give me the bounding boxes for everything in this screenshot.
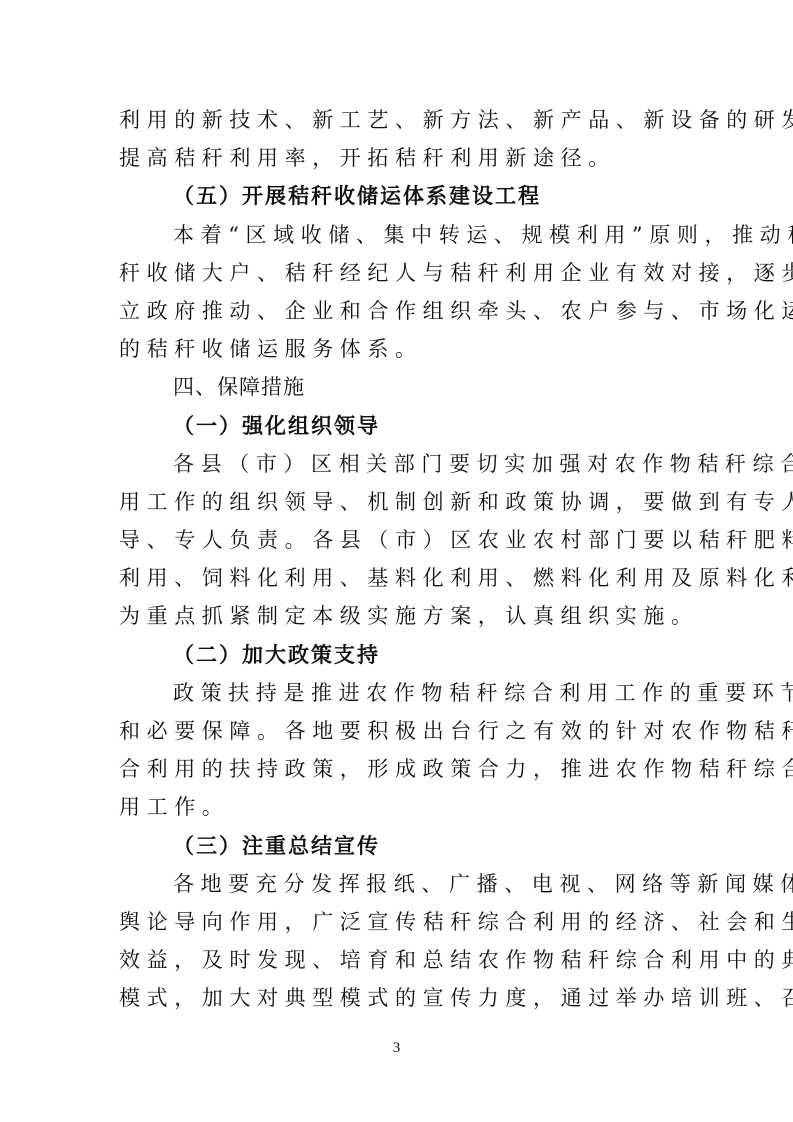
subsection-heading-1: （一）强化组织领导: [119, 407, 675, 445]
section-heading-4: 四、保障措施: [119, 368, 675, 406]
body-line: 政策扶持是推进农作物秸秆综合利用工作的重要环节: [119, 674, 675, 712]
document-body: 利用的新技术、新工艺、新方法、新产品、新设备的研发， 提高秸秆利用率，开拓秸秆利…: [119, 101, 675, 1018]
body-line: 用工作的组织领导、机制创新和政策协调，要做到有专人领: [119, 483, 675, 521]
page-number: 3: [0, 1040, 793, 1057]
body-line: 模式，加大对典型模式的宣传力度，通过举办培训班、召开: [119, 979, 675, 1017]
body-line: 的秸秆收储运服务体系。: [119, 330, 675, 368]
body-line: 合利用的扶持政策，形成政策合力，推进农作物秸秆综合利: [119, 750, 675, 788]
body-line: 各县（市）区相关部门要切实加强对农作物秸秆综合利: [119, 445, 675, 483]
body-line: 利用的新技术、新工艺、新方法、新产品、新设备的研发，: [119, 101, 675, 139]
subsection-heading-3: （三）注重总结宣传: [119, 827, 675, 865]
document-page: 利用的新技术、新工艺、新方法、新产品、新设备的研发， 提高秸秆利用率，开拓秸秆利…: [0, 0, 793, 1122]
body-line: 秆收储大户、秸秆经纪人与秸秆利用企业有效对接，逐步建: [119, 254, 675, 292]
body-line: 立政府推动、企业和合作组织牵头、农户参与、市场化运作: [119, 292, 675, 330]
subsection-heading-5: （五）开展秸秆收储运体系建设工程: [119, 177, 675, 215]
body-line: 和必要保障。各地要积极出台行之有效的针对农作物秸秆综: [119, 712, 675, 750]
subsection-heading-2: （二）加大政策支持: [119, 636, 675, 674]
body-line: 舆论导向作用，广泛宣传秸秆综合利用的经济、社会和生态: [119, 903, 675, 941]
body-line: 导、专人负责。各县（市）区农业农村部门要以秸秆肥料化: [119, 521, 675, 559]
body-line: 为重点抓紧制定本级实施方案，认真组织实施。: [119, 597, 675, 635]
body-line: 本着“区域收储、集中转运、规模利用”原则，推动秸: [119, 216, 675, 254]
body-line: 提高秸秆利用率，开拓秸秆利用新途径。: [119, 139, 675, 177]
body-line: 用工作。: [119, 788, 675, 826]
body-line: 各地要充分发挥报纸、广播、电视、网络等新闻媒体的: [119, 865, 675, 903]
body-line: 利用、饲料化利用、基料化利用、燃料化利用及原料化利用: [119, 559, 675, 597]
body-line: 效益，及时发现、培育和总结农作物秸秆综合利用中的典型: [119, 941, 675, 979]
